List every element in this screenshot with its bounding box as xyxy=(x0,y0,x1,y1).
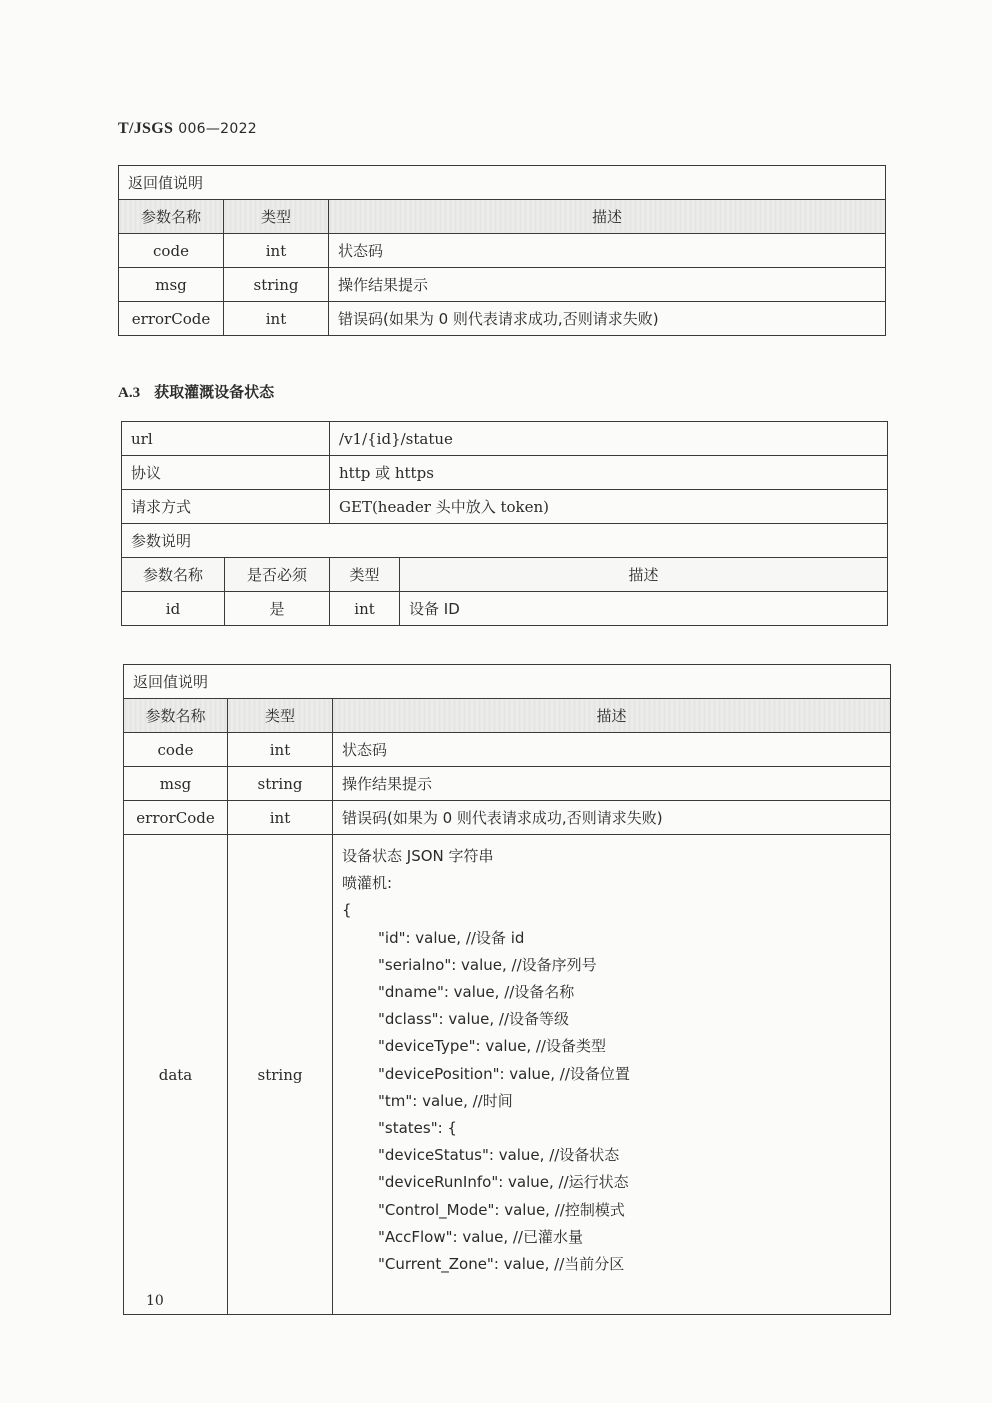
section-heading: A.3获取灌溉设备状态 xyxy=(118,381,274,402)
param-name: errorCode xyxy=(124,801,228,835)
column-header: 类型 xyxy=(224,200,329,234)
param-name: msg xyxy=(119,268,224,302)
table-header-row: 参数名称 类型 描述 xyxy=(124,699,891,733)
json-line: "devicePosition": value, //设备位置 xyxy=(342,1061,881,1088)
section-label: 返回值说明 xyxy=(119,166,886,200)
param-type: string xyxy=(224,268,329,302)
param-name: id xyxy=(122,592,225,626)
param-name: data xyxy=(124,835,228,1315)
json-line: "serialno": value, //设备序列号 xyxy=(342,952,881,979)
doc-number: 006—2022 xyxy=(178,121,257,137)
param-type: string xyxy=(228,767,333,801)
json-line: "Current_Zone": value, //当前分区 xyxy=(342,1251,881,1278)
param-type: string xyxy=(228,835,333,1315)
section-label: 返回值说明 xyxy=(124,665,891,699)
param-name: code xyxy=(119,234,224,268)
json-description: 设备状态 JSON 字符串 喷灌机: { "id": value, //设备 i… xyxy=(333,835,891,1315)
method-value: GET(header 头中放入 token) xyxy=(330,490,888,524)
table-row: errorCode int 错误码(如果为 0 则代表请求成功,否则请求失败) xyxy=(119,302,886,336)
json-line: "Control_Mode": value, //控制模式 xyxy=(342,1197,881,1224)
param-desc: 错误码(如果为 0 则代表请求成功,否则请求失败) xyxy=(329,302,886,336)
table-row-data: data string 设备状态 JSON 字符串 喷灌机: { "id": v… xyxy=(124,835,891,1315)
param-name: code xyxy=(124,733,228,767)
method-label: 请求方式 xyxy=(122,490,330,524)
column-header: 描述 xyxy=(400,558,888,592)
json-line: 喷灌机: xyxy=(342,870,881,897)
protocol-label: 协议 xyxy=(122,456,330,490)
table-row: code int 状态码 xyxy=(124,733,891,767)
json-line: "deviceRunInfo": value, //运行状态 xyxy=(342,1169,881,1196)
param-type: int xyxy=(228,733,333,767)
table-row: url /v1/{id}/statue xyxy=(122,422,888,456)
param-type: int xyxy=(224,302,329,336)
json-line: "states": { xyxy=(342,1115,881,1142)
json-line: "deviceType": value, //设备类型 xyxy=(342,1033,881,1060)
json-line: "id": value, //设备 id xyxy=(342,925,881,952)
url-label: url xyxy=(122,422,330,456)
column-header: 描述 xyxy=(329,200,886,234)
table-row: msg string 操作结果提示 xyxy=(119,268,886,302)
document-id: T/JSGS 006—2022 xyxy=(118,119,257,138)
page-number: 10 xyxy=(146,1293,164,1309)
section-label: 参数说明 xyxy=(122,524,888,558)
table-header-row: 参数名称 是否必须 类型 描述 xyxy=(122,558,888,592)
json-line: { xyxy=(342,897,881,924)
json-line: 设备状态 JSON 字符串 xyxy=(342,843,881,870)
table-row: 请求方式 GET(header 头中放入 token) xyxy=(122,490,888,524)
column-header: 类型 xyxy=(330,558,400,592)
param-desc: 操作结果提示 xyxy=(333,767,891,801)
return-values-table-a3: 返回值说明 参数名称 类型 描述 code int 状态码 msg string… xyxy=(123,664,891,1315)
param-desc: 错误码(如果为 0 则代表请求成功,否则请求失败) xyxy=(333,801,891,835)
json-line: "dname": value, //设备名称 xyxy=(342,979,881,1006)
param-type: int xyxy=(228,801,333,835)
param-required: 是 xyxy=(225,592,330,626)
table-row: code int 状态码 xyxy=(119,234,886,268)
column-header: 参数名称 xyxy=(119,200,224,234)
json-line: "tm": value, //时间 xyxy=(342,1088,881,1115)
param-name: errorCode xyxy=(119,302,224,336)
param-desc: 状态码 xyxy=(333,733,891,767)
table-row: id 是 int 设备 ID xyxy=(122,592,888,626)
table-row: 协议 http 或 https xyxy=(122,456,888,490)
protocol-value: http 或 https xyxy=(330,456,888,490)
param-desc: 设备 ID xyxy=(400,592,888,626)
return-values-table-a2: 返回值说明 参数名称 类型 描述 code int 状态码 msg string… xyxy=(118,165,886,336)
request-spec-table: url /v1/{id}/statue 协议 http 或 https 请求方式… xyxy=(121,421,888,626)
column-header: 类型 xyxy=(228,699,333,733)
param-name: msg xyxy=(124,767,228,801)
section-title-text: 获取灌溉设备状态 xyxy=(154,383,274,401)
table-row: errorCode int 错误码(如果为 0 则代表请求成功,否则请求失败) xyxy=(124,801,891,835)
param-type: int xyxy=(330,592,400,626)
column-header: 是否必须 xyxy=(225,558,330,592)
json-line: "AccFlow": value, //已灌水量 xyxy=(342,1224,881,1251)
json-line: "dclass": value, //设备等级 xyxy=(342,1006,881,1033)
url-value: /v1/{id}/statue xyxy=(330,422,888,456)
param-type: int xyxy=(224,234,329,268)
column-header: 参数名称 xyxy=(124,699,228,733)
param-desc: 操作结果提示 xyxy=(329,268,886,302)
doc-prefix: T/JSGS xyxy=(118,120,173,137)
param-desc: 状态码 xyxy=(329,234,886,268)
table-header-row: 参数名称 类型 描述 xyxy=(119,200,886,234)
json-line: "deviceStatus": value, //设备状态 xyxy=(342,1142,881,1169)
column-header: 描述 xyxy=(333,699,891,733)
table-row: msg string 操作结果提示 xyxy=(124,767,891,801)
column-header: 参数名称 xyxy=(122,558,225,592)
section-number: A.3 xyxy=(118,385,140,401)
